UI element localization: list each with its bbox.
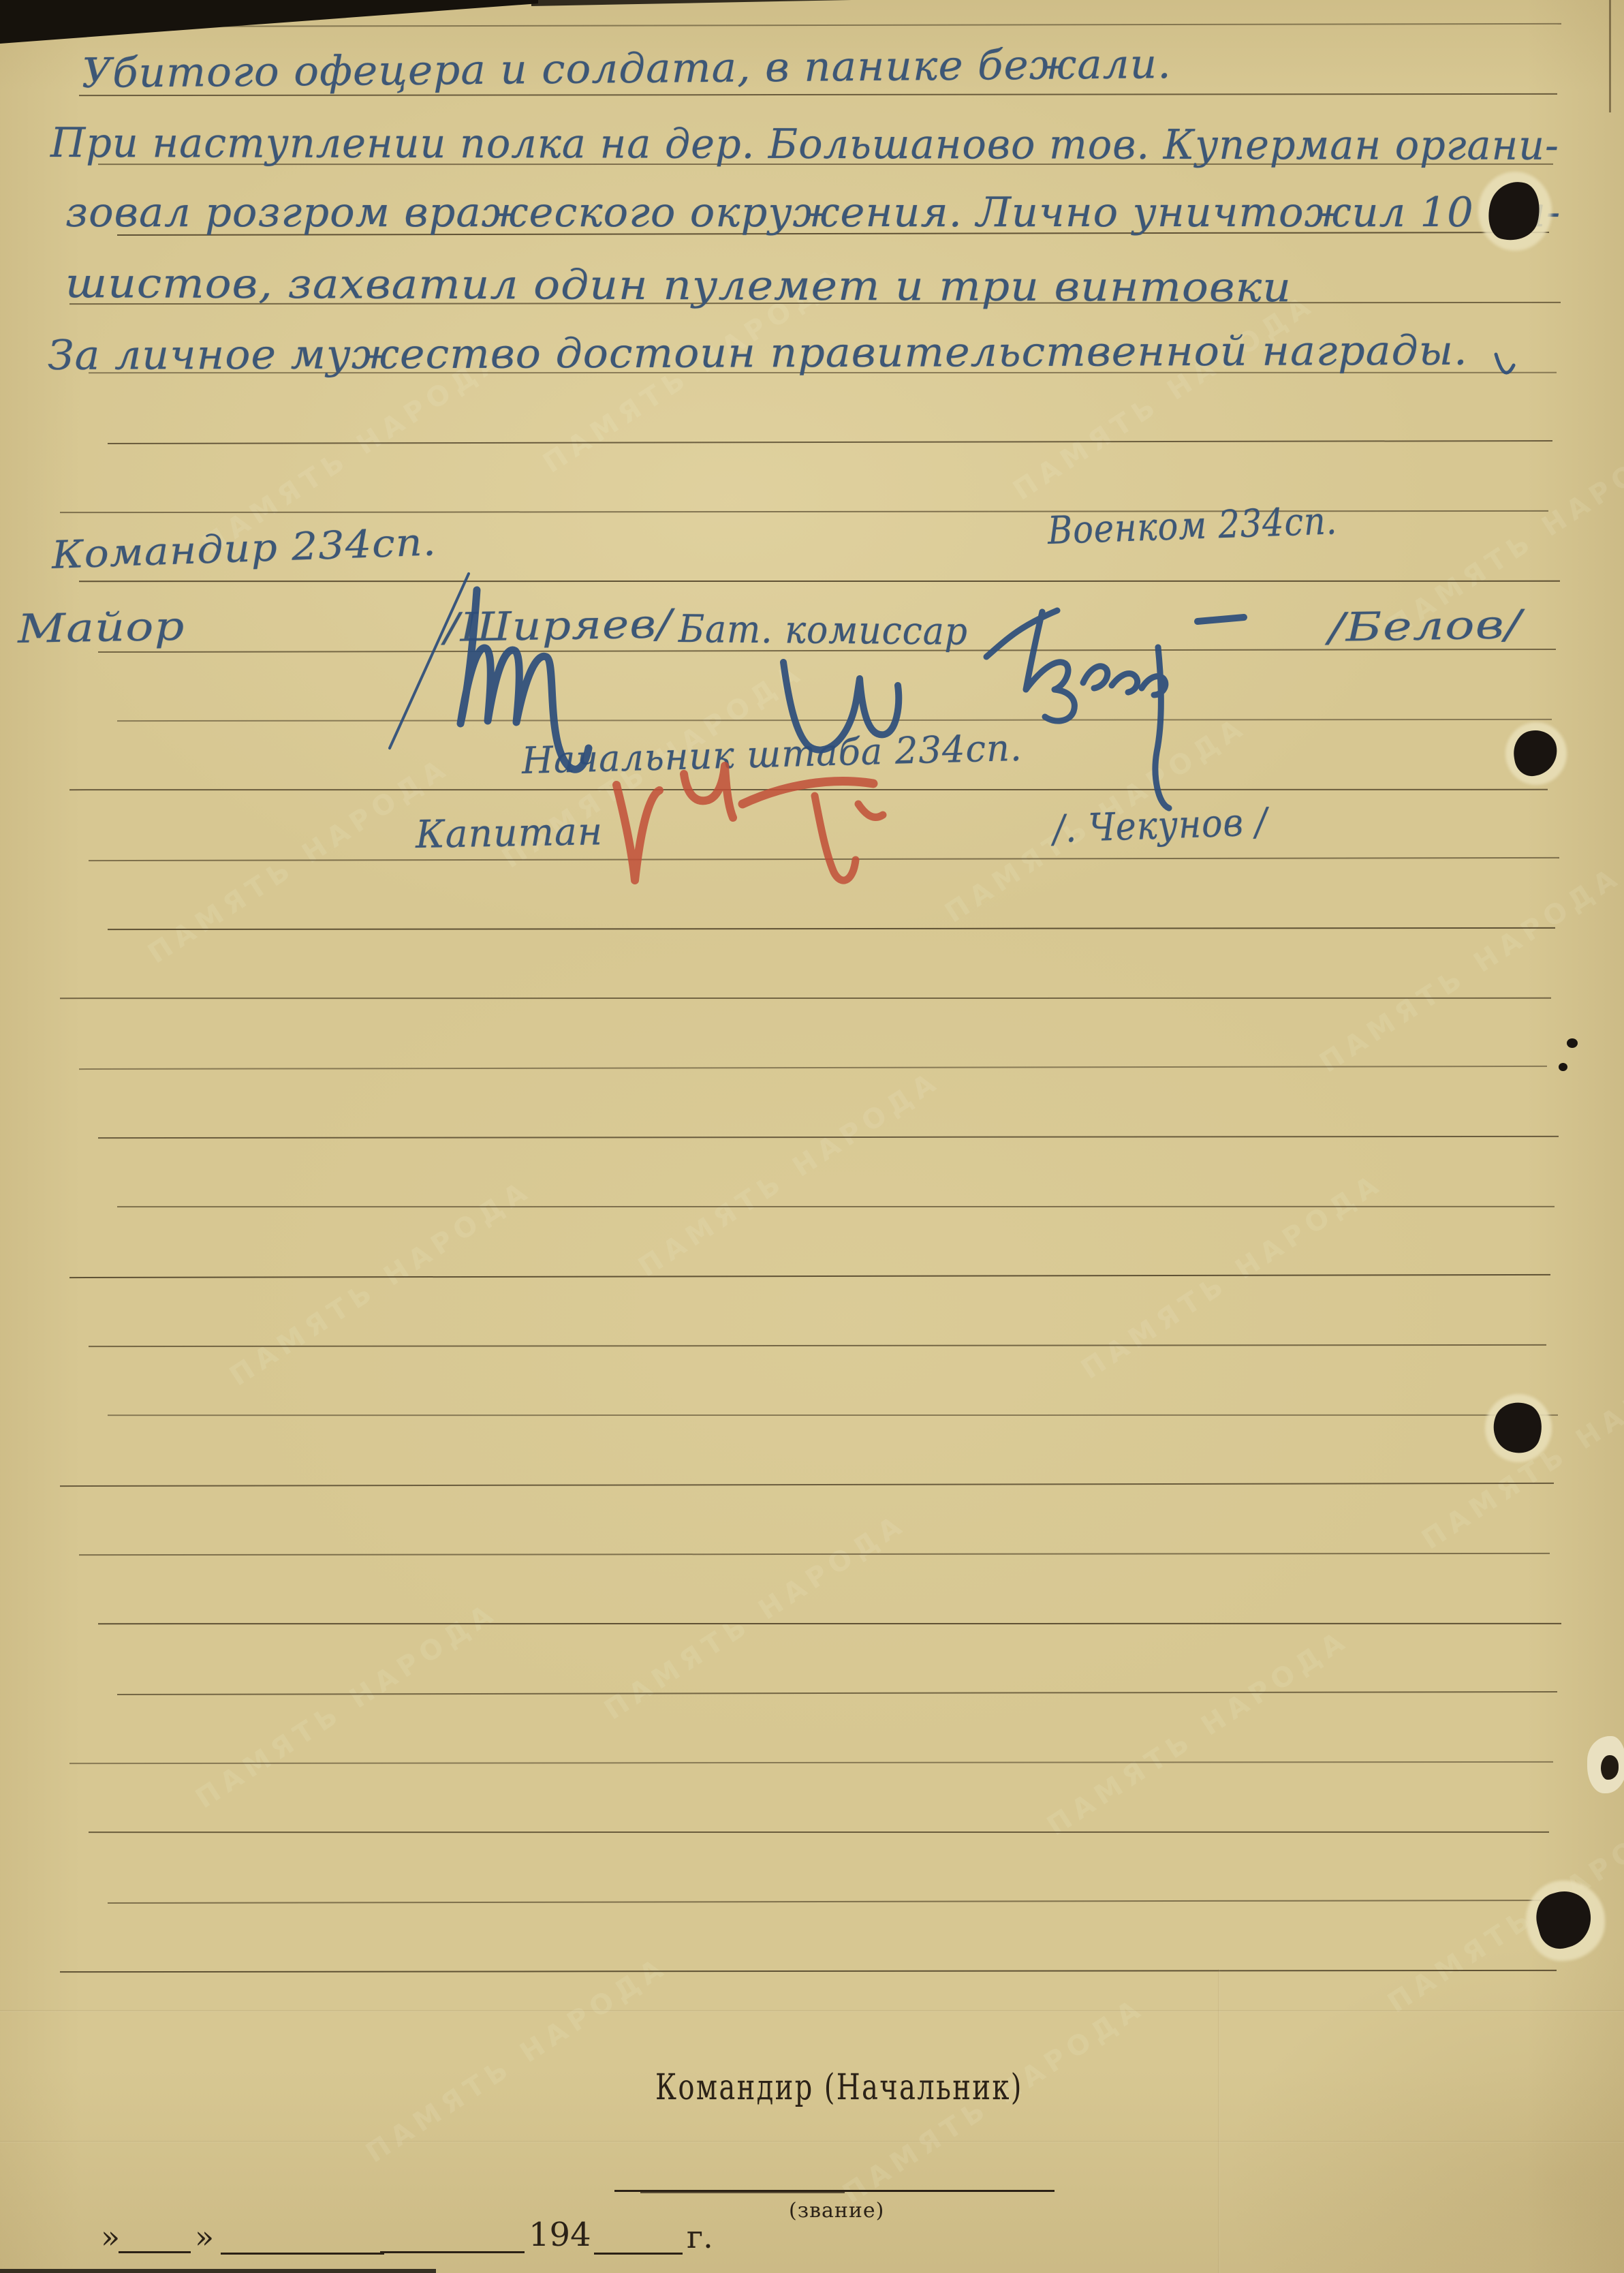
rank-caption: (звание) xyxy=(789,2201,884,2221)
shiryaev-signature-tail xyxy=(783,662,899,750)
date-blank-line xyxy=(221,2253,384,2255)
date-quote-mark: » xyxy=(101,2221,120,2253)
year-suffix: г. xyxy=(687,2221,713,2253)
ink-speck xyxy=(1559,1063,1567,1071)
signatures-overlay xyxy=(0,0,1624,2273)
chekunov-red-signature-descender xyxy=(815,796,883,880)
date-blank-line xyxy=(119,2251,191,2253)
award-check-mark xyxy=(1496,354,1514,373)
rank-signature-line xyxy=(640,2192,845,2193)
shiryaev-signature-stroke xyxy=(460,590,589,769)
belov-signature-stroke xyxy=(986,610,1169,808)
year-prefix: 194 xyxy=(529,2218,591,2251)
chekunov-red-signature-stroke xyxy=(616,766,733,880)
page-edge-line xyxy=(1609,0,1611,112)
ink-speck xyxy=(1567,1038,1578,1048)
chekunov-red-signature-sweep xyxy=(743,782,873,804)
scanned-document-page: ПАМЯТЬ НАРОДАПАМЯТЬ НАРОДАПАМЯТЬ НАРОДАП… xyxy=(0,0,1624,2273)
scan-background-bottom xyxy=(0,2269,436,2273)
shiryaev-signature-flourish xyxy=(390,574,469,748)
date-blank-line xyxy=(380,2251,525,2253)
date-quote-mark: » xyxy=(195,2221,214,2253)
date-blank-line xyxy=(594,2253,683,2255)
commander-footer-label: Командир (Начальник) xyxy=(655,2070,1023,2105)
belov-signature-dash xyxy=(1198,617,1244,621)
